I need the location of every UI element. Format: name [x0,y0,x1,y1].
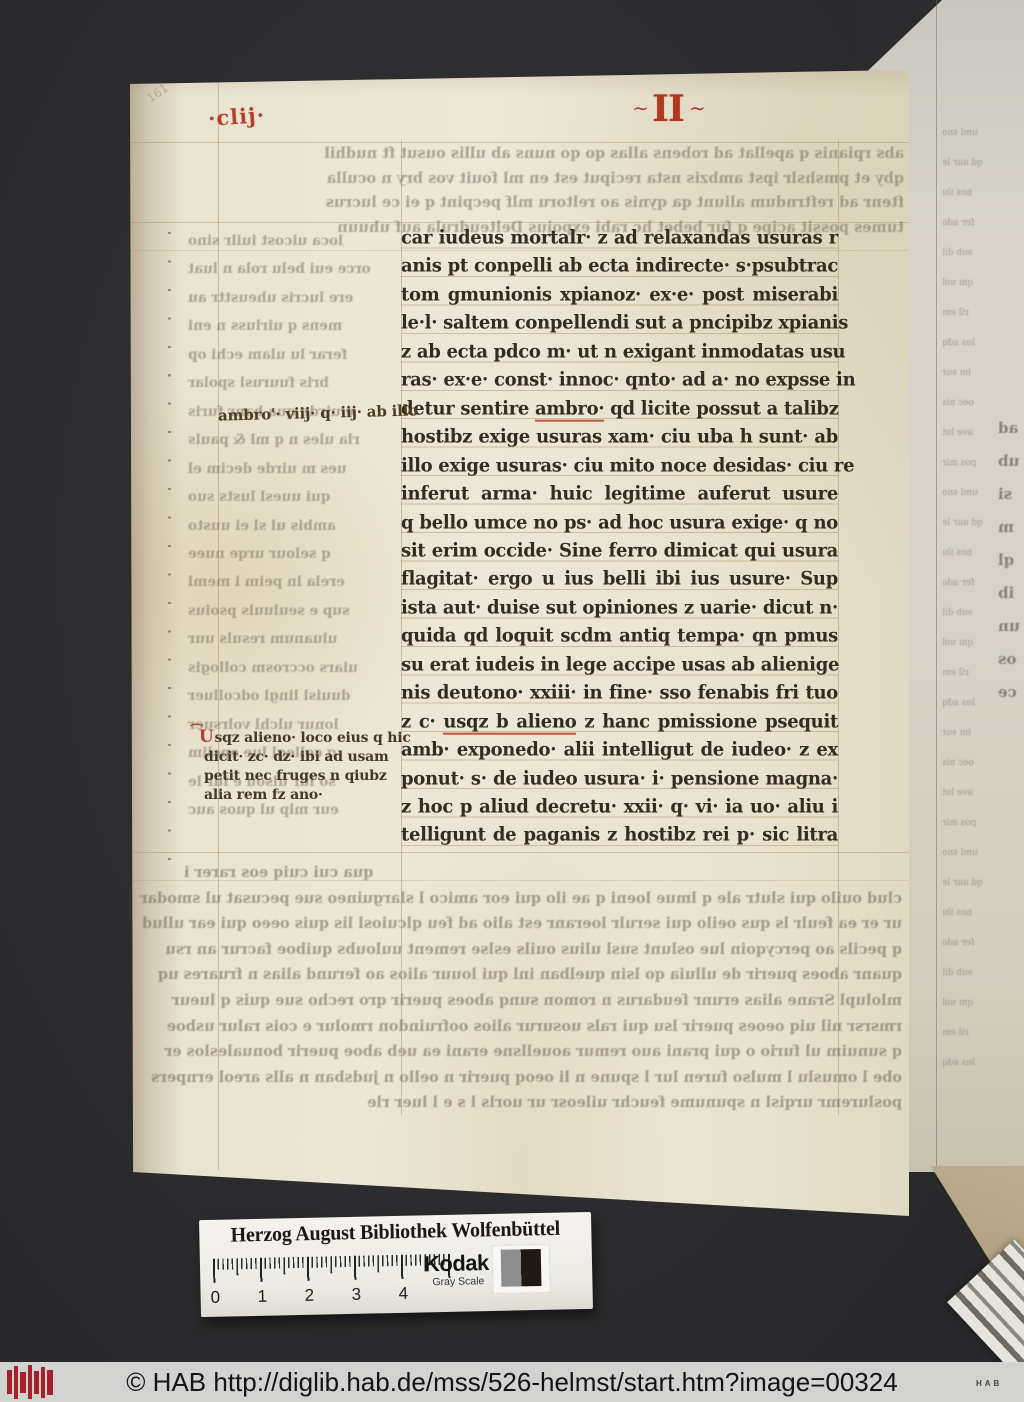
showthrough-line: loca uicost iuilr sino [188,227,392,255]
ruler-number: 1 [257,1287,267,1307]
showthrough-line: qm uol [942,268,1008,298]
kodak-brand-label: Kodak [424,1250,489,1277]
showthrough-line: uluanum resuls uur [188,625,392,653]
text-segment: z hanc pmissione psequit [576,710,838,732]
copyright-url: © HAB http://diglib.hab.de/mss/526-helms… [0,1362,1024,1402]
text-line: detur sentire ambro· qd licite possut a … [401,394,838,424]
pricking-holes [168,232,171,872]
showthrough-line: ftenr ad reftrndum aliunt qa qynis ao re… [188,191,904,216]
showthrough-line: pos mir [942,808,1008,838]
showthrough-line: rla ules n q ml & pauls [188,426,392,454]
showthrough-line: ril em [942,1018,1008,1048]
showthrough-line: im sur [942,358,1008,388]
showthrough-line: oec nis [942,748,1008,778]
gloss-line: petit nec fruges n qiubz [190,767,405,786]
red-initial: U [190,727,213,747]
text-segment: z c· [401,710,443,732]
showthrough-line: qd aur le [942,868,1008,898]
main-text-block: car iudeus mortalr· z ad relaxandas usur… [401,224,838,851]
margin-note-gloss: Usqz alieno· loco eius q hicdicit· zc· d… [190,722,405,805]
text-line: ras· ex·e· const· innoc· qnto· ad a· no … [401,365,838,395]
sheet-crease-line [936,0,937,1172]
showthrough-line: obe l omuslu l mulso furen lur l spune n… [184,1065,902,1091]
showthrough-line: fer ado [942,928,1008,958]
showthrough-line: qby et pmshslr ipst ambzis nsta reciput … [188,167,904,192]
showthrough-line: q pecils ao percyqoin lue oslunt susl ul… [184,937,902,963]
showthrough-line: uiars occrosm collogis [188,654,392,682]
text-line: car iudeus mortalr· z ad relaxandas usur… [401,223,838,253]
next-leaf-letters: un [998,610,1024,643]
showthrough-line: ues m uirde decim el [188,455,392,483]
manuscript-leaf: 161 ·clij· ∼ II ∼ abs rpianis q apellat … [130,70,909,1216]
showthrough-line: qua cui cuiq eos rarer i [184,860,902,886]
showthrough-line: bris fuurusl spolar [188,369,392,397]
text-line: sit erim occide· Sine ferro dimicat qui … [401,536,838,566]
showthrough-line: sub dil [942,238,1008,268]
rubric-flourish-left: ∼ [632,96,647,120]
red-folio-number: ·clij· [207,102,266,131]
grayscale-label: Gray Scale [432,1275,484,1288]
text-line: z ab ecta pdco m· ut n exigant inmodatas… [401,337,838,367]
text-line: tom gmunionis xpianoz· ex·e· post misera… [401,280,838,310]
text-line: inferut arma· huic legitime auferut usur… [401,479,838,509]
text-line: q bello umce no ps· ad hoc usura exige· … [401,508,838,538]
showthrough-line: posluremr urqisl n spunume feuchr uileos… [184,1090,902,1116]
red-underlined-text: usqz b alieno [443,710,576,734]
showthrough-line: mlolupl Srane alias erunr feudarus n rom… [184,988,902,1014]
showthrough-line: lus adq [942,328,1008,358]
cm-ticks [213,1254,451,1283]
showthrough-line: ere lucris uheusttr au [188,284,392,312]
text-line: su erat iudeis in lege accipe usas ab al… [401,650,838,680]
text-line: illo exige usuras· ciu mito noce desidas… [401,451,838,481]
rubric-numeral: II [652,88,684,130]
next-leaf-letters: ql [998,544,1024,577]
text-segment: detur sentire [401,397,535,419]
next-leaf-letters: ce [998,676,1024,709]
red-underlined-text: ambro· [535,397,604,421]
showthrough-line: ril em [942,298,1008,328]
showthrough-line: ave lut [942,778,1008,808]
showthrough-line: qd aur le [942,148,1008,178]
text-line: z hoc p aliud decretu· xxii· q· vi· ia u… [401,792,838,822]
showthrough-line: nos ilu [942,898,1008,928]
text-line: flagitat· ergo u ius belli ibi ius usure… [401,565,838,595]
showthrough-line: q sunuim ul furio o qui prani auo remur … [184,1039,902,1065]
ruler-number: 3 [351,1285,361,1305]
next-leaf-letters: ub [998,445,1024,478]
showthrough-line: sup e seuluuls psoius [188,597,392,625]
ruler-number: 4 [398,1284,408,1304]
showthrough-line: quanr aboes puerir de ulluia qo lsin que… [184,962,902,988]
showthrough-line: ferar lu ulam echi op [188,341,392,369]
showthrough-line: sub dil [942,958,1008,988]
next-leaf-letters: os [998,643,1024,676]
ruler-card: Herzog August Bibliothek Wolfenbüttel 01… [199,1212,593,1317]
rubric-flourish-right: ∼ [689,96,704,120]
showthrough-line: rmsrsr nil uiq oeoes puerir lsu qui rals… [184,1014,902,1040]
next-leaf-text-edge: adubsimqlibunosce [998,412,1024,709]
text-line: quida qd loquit scdm antiq tempa· qn pmu… [401,621,838,651]
text-segment: qd licite possut a talibz [604,397,838,419]
ruling-hline [130,852,909,853]
showthrough-line: q selour urqe nuee [188,540,392,568]
text-line: anis pt conpelli ab ecta indirecte· s·ps… [401,252,838,282]
grayscale-patch [492,1244,551,1294]
ruler-number: 2 [304,1286,314,1306]
text-line: le·l· saltem conpellendi sut a pncipibz … [401,308,838,338]
showthrough-line: duuisl lingl odcolluer [188,682,392,710]
text-line: nis deutono· xxiii· in fine· sso fenabis… [401,678,838,708]
showthrough-line: abs rpianis q apellat ad robens allas qo… [188,142,904,167]
showthrough-line: erela ln peim i meml [188,568,392,596]
showthrough-line: orce eui belu rola n luat [188,255,392,283]
next-leaf-letters: si [998,478,1024,511]
next-leaf-letters: m [998,511,1024,544]
showthrough-line: nos ilu [942,178,1008,208]
showthrough-line: ambis ul sl ei uusto [188,512,392,540]
footer-bar: © HAB http://diglib.hab.de/mss/526-helms… [0,1362,1024,1402]
showthrough-line: qui uuesl lusts suo [188,483,392,511]
rubric-heading: ∼ II ∼ [558,88,778,130]
ruler-number: 0 [210,1288,220,1308]
showthrough-line: im sur [942,718,1008,748]
ruler-ticks [213,1254,453,1285]
gloss-line: Usqz alieno· loco eius q hic [190,722,405,748]
grayscale-patch-squares [501,1249,542,1287]
photographer-watermark: HAB [976,1379,1002,1388]
text-line: hostibz exige usuras xam· ciu uba h sunt… [401,422,838,452]
next-leaf-letters: ib [998,577,1024,610]
showthrough-line: uml sno [942,118,1008,148]
showthrough-bottom: qua cui cuiq eos rarer iclud ouilo qui s… [184,860,902,1116]
text-line: z c· usqz b alieno z hanc pmissione pseq… [401,707,838,737]
gloss-line: dicit· zc· dz· ibi ad usam [190,748,405,767]
showthrough-line: fer ado [942,208,1008,238]
showthrough-line: mens q uirluss n eni [188,312,392,340]
text-line: amb· exponedo· alii intelligut de iudeo·… [401,735,838,765]
gloss-line: alia rem fz ano· [190,786,405,805]
text-line: ponut· s· de iudeo usura· i· pensione ma… [401,764,838,794]
text-line: ista aut· duise sut opiniones z uarie· d… [401,593,838,623]
showthrough-line: lus adq [942,1048,1008,1078]
next-leaf-letters: ad [998,412,1024,445]
showthrough-line: uml sno [942,838,1008,868]
text-line: telligunt de paganis z hostibz rei p· si… [401,821,838,851]
showthrough-line: qm uol [942,988,1008,1018]
showthrough-line: clud ouilo qui slutr ale q lmue loeni q … [184,886,902,912]
showthrough-line: ur er ea feulr ls qus oeilo qui serulr l… [184,911,902,937]
sheet-corner-shadow [856,0,942,82]
